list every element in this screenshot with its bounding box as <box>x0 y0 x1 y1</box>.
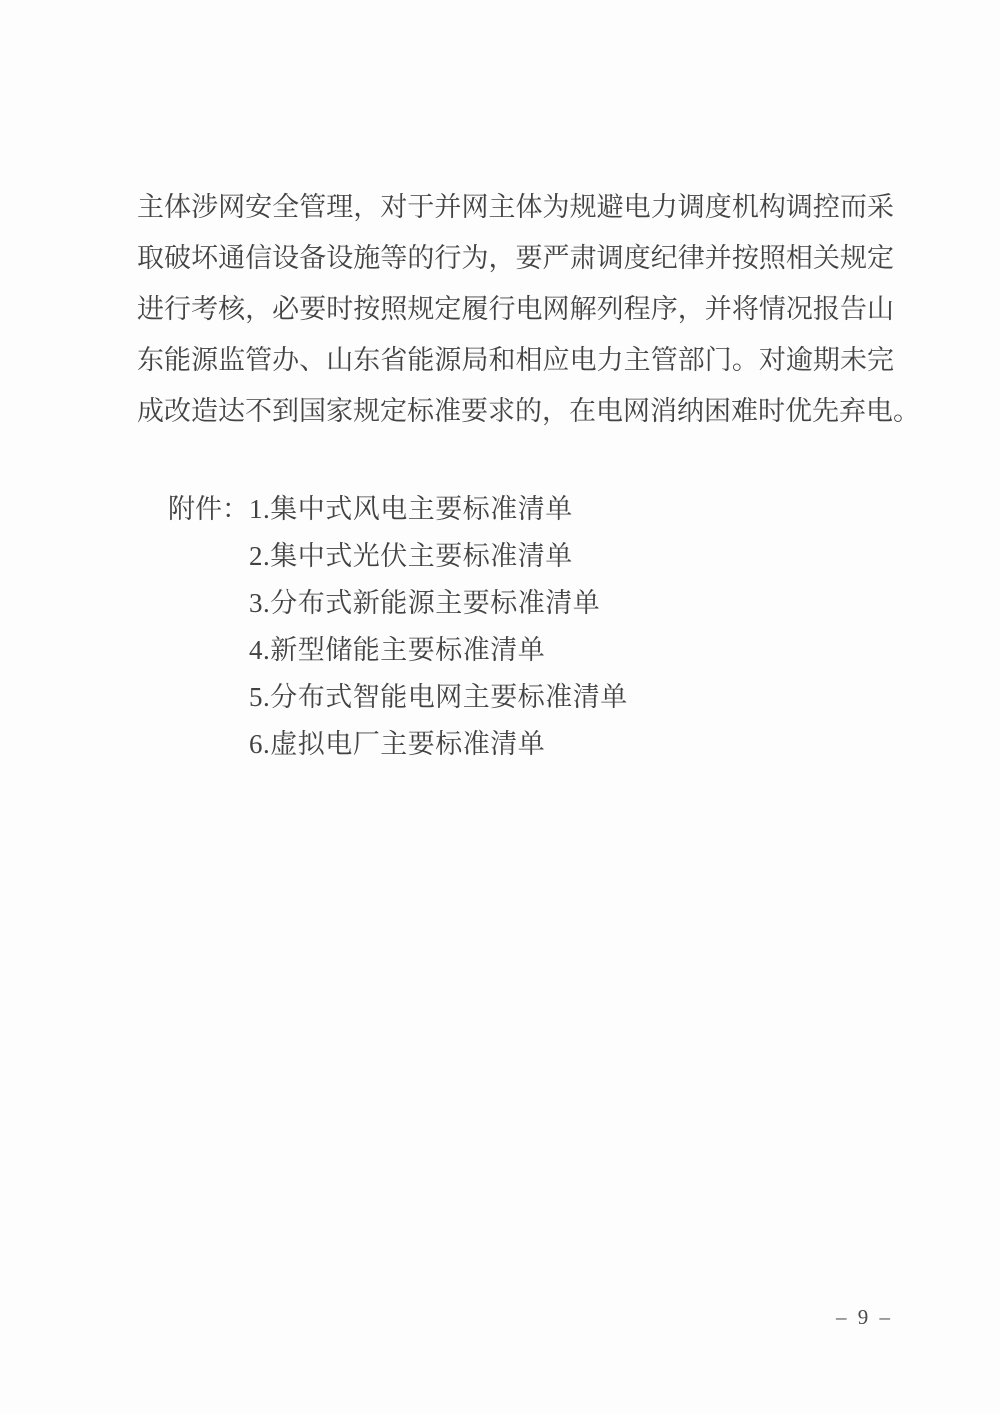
body-paragraph: 主体涉网安全管理，对于并网主体为规避电力调度机构调控而采 取破坏通信设备设施等的… <box>137 182 894 437</box>
paragraph-line: 进行考核，必要时按照规定履行电网解列程序，并将情况报告山 <box>137 284 894 335</box>
attachment-item: 2.集中式光伏主要标准清单 <box>249 533 628 580</box>
paragraph-line: 主体涉网安全管理，对于并网主体为规避电力调度机构调控而采 <box>137 182 894 233</box>
attachment-label: 附件： <box>168 486 249 533</box>
page-number: – 9 – <box>836 1305 893 1330</box>
paragraph-line: 东能源监管办、山东省能源局和相应电力主管部门。对逾期未完 <box>137 335 894 386</box>
attachment-item: 4.新型储能主要标准清单 <box>249 627 628 674</box>
attachment-item: 1.集中式风电主要标准清单 <box>249 486 628 533</box>
attachment-item: 5.分布式智能电网主要标准清单 <box>249 674 628 721</box>
attachment-item: 3.分布式新能源主要标准清单 <box>249 580 628 627</box>
attachment-list: 附件： 1.集中式风电主要标准清单 2.集中式光伏主要标准清单 3.分布式新能源… <box>168 486 628 768</box>
attachment-item: 6.虚拟电厂主要标准清单 <box>249 721 628 768</box>
paragraph-line: 取破坏通信设备设施等的行为，要严肃调度纪律并按照相关规定 <box>137 233 894 284</box>
paragraph-line: 成改造达不到国家规定标准要求的，在电网消纳困难时优先弃电。 <box>137 386 894 437</box>
attachment-items: 1.集中式风电主要标准清单 2.集中式光伏主要标准清单 3.分布式新能源主要标准… <box>249 486 628 768</box>
document-page: 主体涉网安全管理，对于并网主体为规避电力调度机构调控而采 取破坏通信设备设施等的… <box>0 0 1000 1414</box>
